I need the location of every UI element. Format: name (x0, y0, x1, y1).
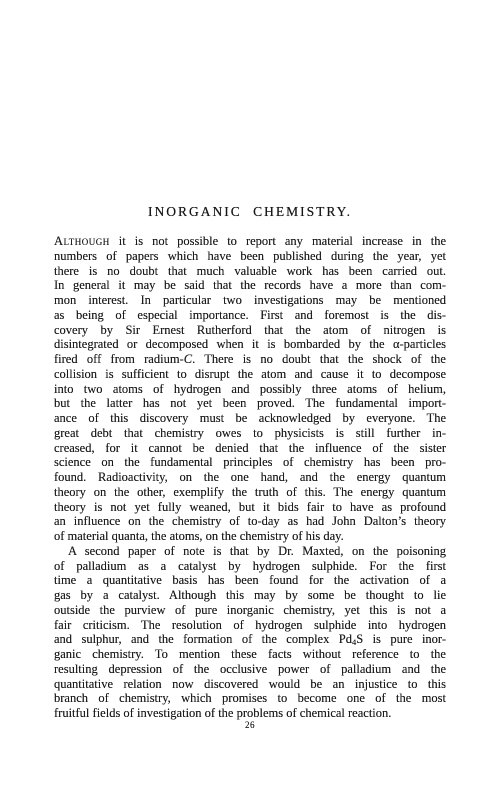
text-line: theory on the other, exemplify the truth… (54, 485, 446, 500)
text-line: disintegrated or decomposed when it is b… (54, 337, 446, 352)
text-line: In general it may be said that the recor… (54, 278, 446, 293)
text-line: science on the fundamental principles of… (54, 455, 446, 470)
text-line: collision is sufficient to disrupt the a… (54, 367, 446, 382)
page-number: 26 (0, 720, 500, 730)
text-line: resulting depression of the occlusive po… (54, 662, 446, 677)
text-line: numbers of papers which have been publis… (54, 249, 446, 264)
text-line: of material quanta, the atoms, on the ch… (54, 529, 446, 544)
text-line: fired off from radium-C. There is no dou… (54, 352, 446, 367)
text-line: outside the purview of pure inorganic ch… (54, 603, 446, 618)
text-line: fruitful fields of investigation of the … (54, 706, 446, 721)
text-line: into two atoms of hydrogen and possibly … (54, 382, 446, 397)
text-line: theory is not yet fully weaned, but it b… (54, 500, 446, 515)
paragraph: Although it is not possible to report an… (54, 234, 446, 544)
text-line: branch of chemistry, which promises to b… (54, 691, 446, 706)
text-line: ance of this discovery must be acknowled… (54, 411, 446, 426)
text-line: quantitative relation now discovered wou… (54, 677, 446, 692)
text-line: an influence on the chemistry of to-day … (54, 514, 446, 529)
text-line: but the latter has not yet been proved. … (54, 396, 446, 411)
text-line: fair criticism. The resolution of hydrog… (54, 618, 446, 633)
text-line: ganic chemistry. To mention these facts … (54, 647, 446, 662)
book-page: INORGANIC CHEMISTRY. Although it is not … (0, 0, 500, 786)
text-line: of palladium as a catalyst by hydrogen s… (54, 559, 446, 574)
text-line: time a quantitative basis has been found… (54, 573, 446, 588)
page-title: INORGANIC CHEMISTRY. (0, 204, 500, 220)
text-line: mon interest. In particular two investig… (54, 293, 446, 308)
text-line: there is no doubt that much valuable wor… (54, 264, 446, 279)
text-line: Although it is not possible to report an… (54, 234, 446, 249)
paragraph: A second paper of note is that by Dr. Ma… (54, 544, 446, 721)
text-line: gas by a catalyst. Although this may by … (54, 588, 446, 603)
text-line: covery by Sir Ernest Rutherford that the… (54, 323, 446, 338)
text-block: Although it is not possible to report an… (54, 234, 446, 721)
text-line: as being of especial importance. First a… (54, 308, 446, 323)
text-line: A second paper of note is that by Dr. Ma… (54, 544, 446, 559)
text-line: found. Radioactivity, on the one hand, a… (54, 470, 446, 485)
text-line: creased, for it cannot be denied that th… (54, 441, 446, 456)
text-line: great debt that chemistry owes to physic… (54, 426, 446, 441)
text-line: and sulphur, and the formation of the co… (54, 632, 446, 647)
